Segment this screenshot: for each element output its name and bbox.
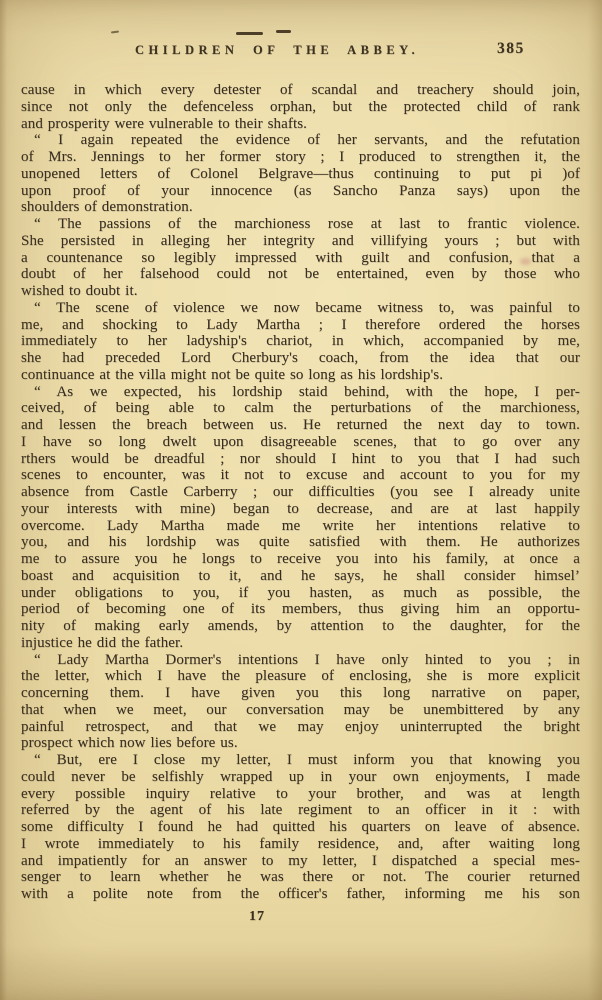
dash-mark (236, 32, 263, 35)
signature-mark: 17 (249, 909, 265, 925)
text-line: a countenance so legibly impressed with … (21, 250, 580, 267)
text-line: rthers would be dreadful ; nor should I … (21, 451, 580, 468)
text-line: unopened letters of Colonel Belgrave—thu… (21, 166, 580, 183)
text-line: She persisted in alleging her integrity … (21, 233, 580, 250)
text-line: painful retrospect, and that we may enjo… (21, 719, 580, 736)
page-number: 385 (497, 40, 525, 58)
text-line: immediately to her ladyship's chariot, i… (21, 333, 580, 350)
text-line: she had preceded Lord Cherbury's coach, … (21, 350, 580, 367)
text-line: “ The passions of the marchioness rose a… (21, 216, 580, 233)
text-line: absence from Castle Carberry ; our diffi… (21, 484, 580, 501)
text-line: injustice he did the father. (21, 635, 580, 652)
text-line: under obligations to you, if you hasten,… (21, 585, 580, 602)
text-line: me to assure you he longs to receive you… (21, 551, 580, 568)
text-line: continuance at the villa might not be qu… (21, 367, 580, 384)
text-line: I have so long dwelt upon disagreeable s… (21, 434, 580, 451)
text-line: you, and his lordship was quite satisfie… (21, 534, 580, 551)
ink-speck (111, 30, 119, 33)
text-line: that when we meet, our conversation may … (21, 702, 580, 719)
body-text: cause in which every detester of scandal… (21, 82, 580, 903)
dash-mark (276, 30, 291, 33)
text-line: some difficulty I found he had quitted h… (21, 819, 580, 836)
text-line: every possible inquiry relative to your … (21, 786, 580, 803)
text-line: ceived, of being able to calm the pertur… (21, 400, 580, 417)
paper-stain (520, 258, 531, 265)
text-line: of Mrs. Jennings to her former story ; I… (21, 149, 580, 166)
text-line: overcome. Lady Martha made me write her … (21, 518, 580, 535)
book-page: CHILDREN OF THE ABBEY. 385 cause in whic… (0, 0, 602, 1000)
text-line: “ The scene of violence we now became wi… (21, 300, 580, 317)
text-line: since not only the defenceless orphan, b… (21, 99, 580, 116)
text-line: and prosperity were vulnerable to their … (21, 116, 580, 133)
text-line: “ But, ere I close my letter, I must inf… (21, 752, 580, 769)
text-line: “ I again repeated the evidence of her s… (21, 132, 580, 149)
text-line: could never be selfishly wrapped up in y… (21, 769, 580, 786)
text-line: with a polite note from the officer's fa… (21, 886, 580, 903)
text-line: nity of making early amends, by attentio… (21, 618, 580, 635)
text-line: I wrote immediately to his family reside… (21, 836, 580, 853)
text-line: prospect which now lies before us. (21, 735, 580, 752)
text-line: your interests with mine) began to decre… (21, 501, 580, 518)
page-title: CHILDREN OF THE ABBEY. (135, 43, 419, 58)
text-line: and impatiently for an answer to my lett… (21, 853, 580, 870)
text-line: and lessen the breach between us. He ret… (21, 417, 580, 434)
running-header: CHILDREN OF THE ABBEY. 385 (0, 40, 602, 62)
text-line: upon proof of your innocence (as Sancho … (21, 183, 580, 200)
text-line: doubt of her falsehood could not be ente… (21, 266, 580, 283)
text-line: referred by the agent of his late regime… (21, 802, 580, 819)
text-line: “ Lady Martha Dormer's intentions I have… (21, 652, 580, 669)
text-line: scenes to encounter, was it not to excus… (21, 467, 580, 484)
text-line: the letter, which I have the pleasure of… (21, 668, 580, 685)
text-line: period of becoming one of its members, t… (21, 601, 580, 618)
text-line: “ As we expected, his lordship staid beh… (21, 384, 580, 401)
text-line: cause in which every detester of scandal… (21, 82, 580, 99)
text-line: boast and acquisition to it, and he says… (21, 568, 580, 585)
text-line: shoulders of demonstration. (21, 199, 580, 216)
text-line: wished to doubt it. (21, 283, 580, 300)
text-line: concerning them. I have given you this l… (21, 685, 580, 702)
text-line: me, and shocking to Lady Martha ; I ther… (21, 317, 580, 334)
text-line: senger to learn whether he was there or … (21, 869, 580, 886)
